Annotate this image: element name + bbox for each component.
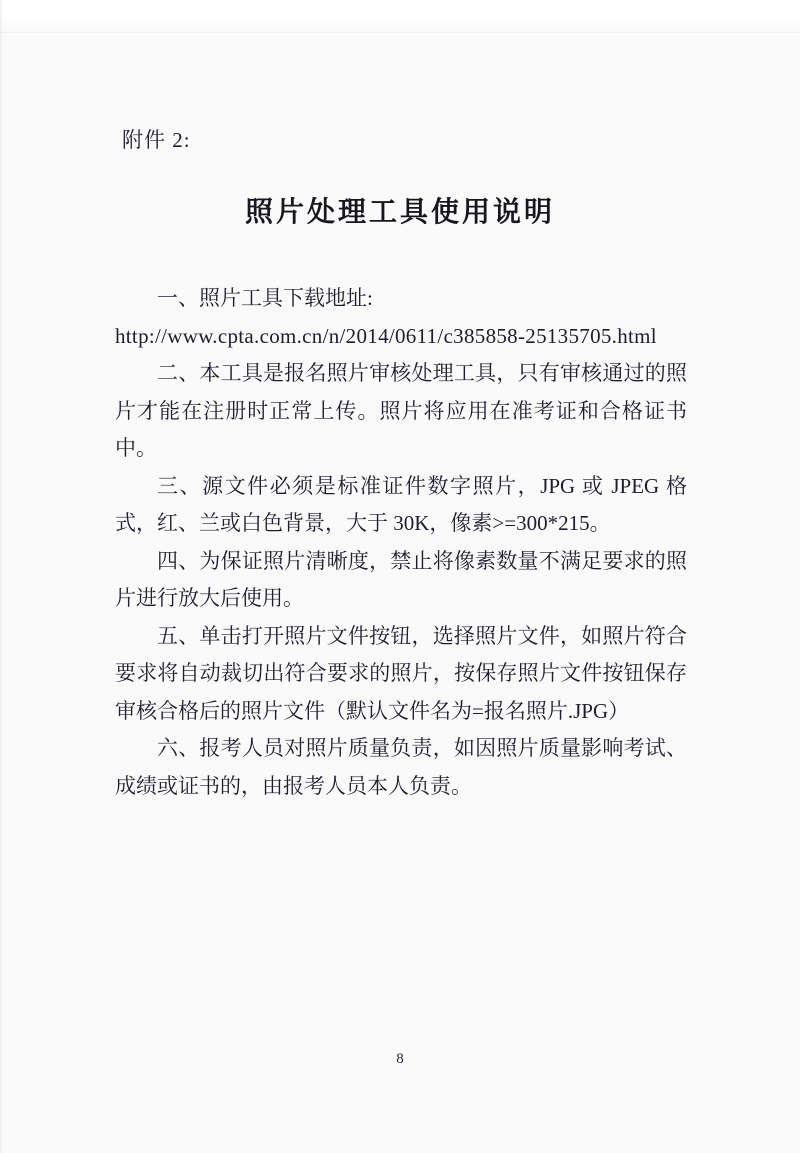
scan-artifact-left [0,0,3,1153]
item-5-paragraph: 五、单击打开照片文件按钮，选择照片文件，如照片符合要求将自动裁切出符合要求的照片… [115,618,687,731]
item-1-heading: 一、照片工具下载地址: [115,280,687,318]
item-6-paragraph: 六、报考人员对照片质量负责，如因照片质量影响考试、成绩或证书的，由报考人员本人负… [115,730,687,805]
page-number: 8 [0,1051,800,1068]
attachment-label: 附件 2: [122,126,191,154]
scan-artifact-top [0,0,800,33]
item-3-paragraph: 三、源文件必须是标准证件数字照片，JPG 或 JPEG 格式，红、兰或白色背景，… [115,468,687,543]
item-2-paragraph: 二、本工具是报名照片审核处理工具，只有审核通过的照片才能在注册时正常上传。照片将… [115,355,687,468]
document-page: 附件 2: 照片处理工具使用说明 一、照片工具下载地址: http://www.… [0,0,800,1153]
item-4-paragraph: 四、为保证照片清晰度，禁止将像素数量不满足要求的照片进行放大后使用。 [115,543,687,618]
document-body: 一、照片工具下载地址: http://www.cpta.com.cn/n/201… [115,280,687,805]
download-url-text: http://www.cpta.com.cn/n/2014/0611/c3858… [115,318,687,356]
document-title: 照片处理工具使用说明 [0,190,800,230]
